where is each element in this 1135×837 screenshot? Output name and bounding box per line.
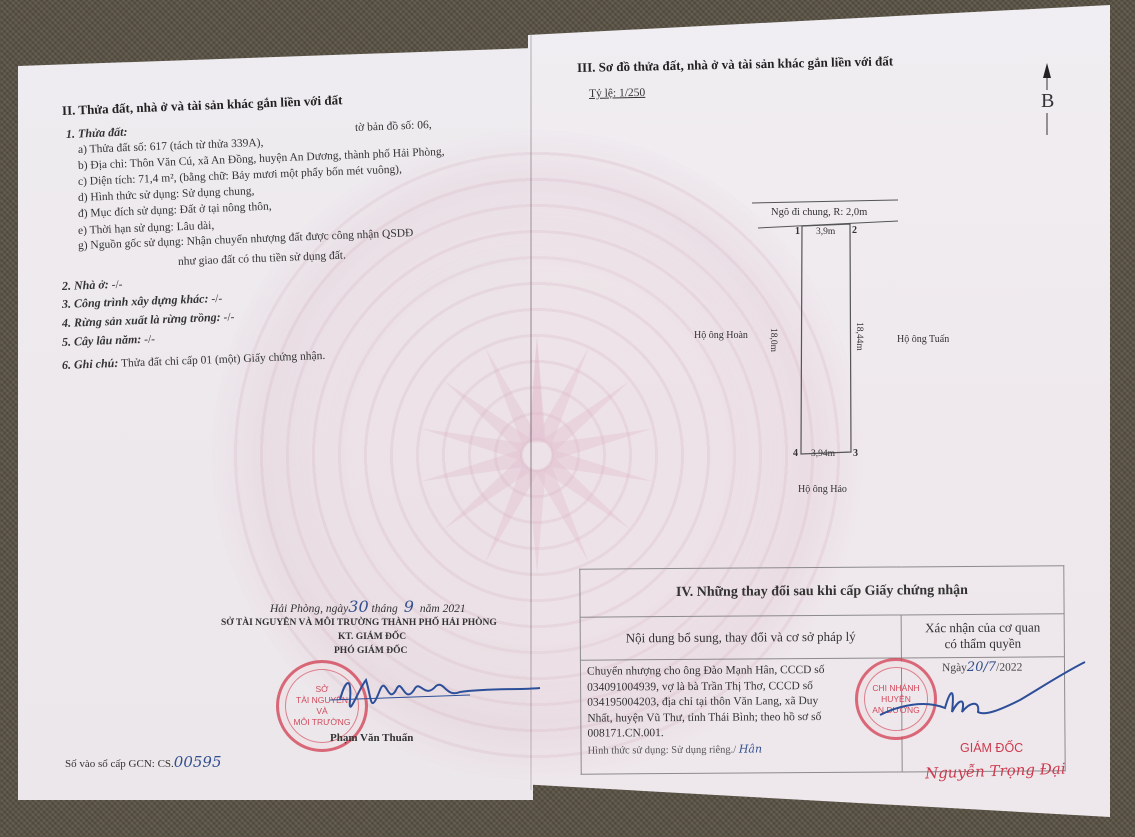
confirm-title: GIÁM ĐỐC — [960, 741, 1023, 755]
land-certificate-spread: II. Thửa đất, nhà ở và tài sản khác gắn … — [0, 0, 1135, 837]
director-signature — [0, 0, 1135, 837]
